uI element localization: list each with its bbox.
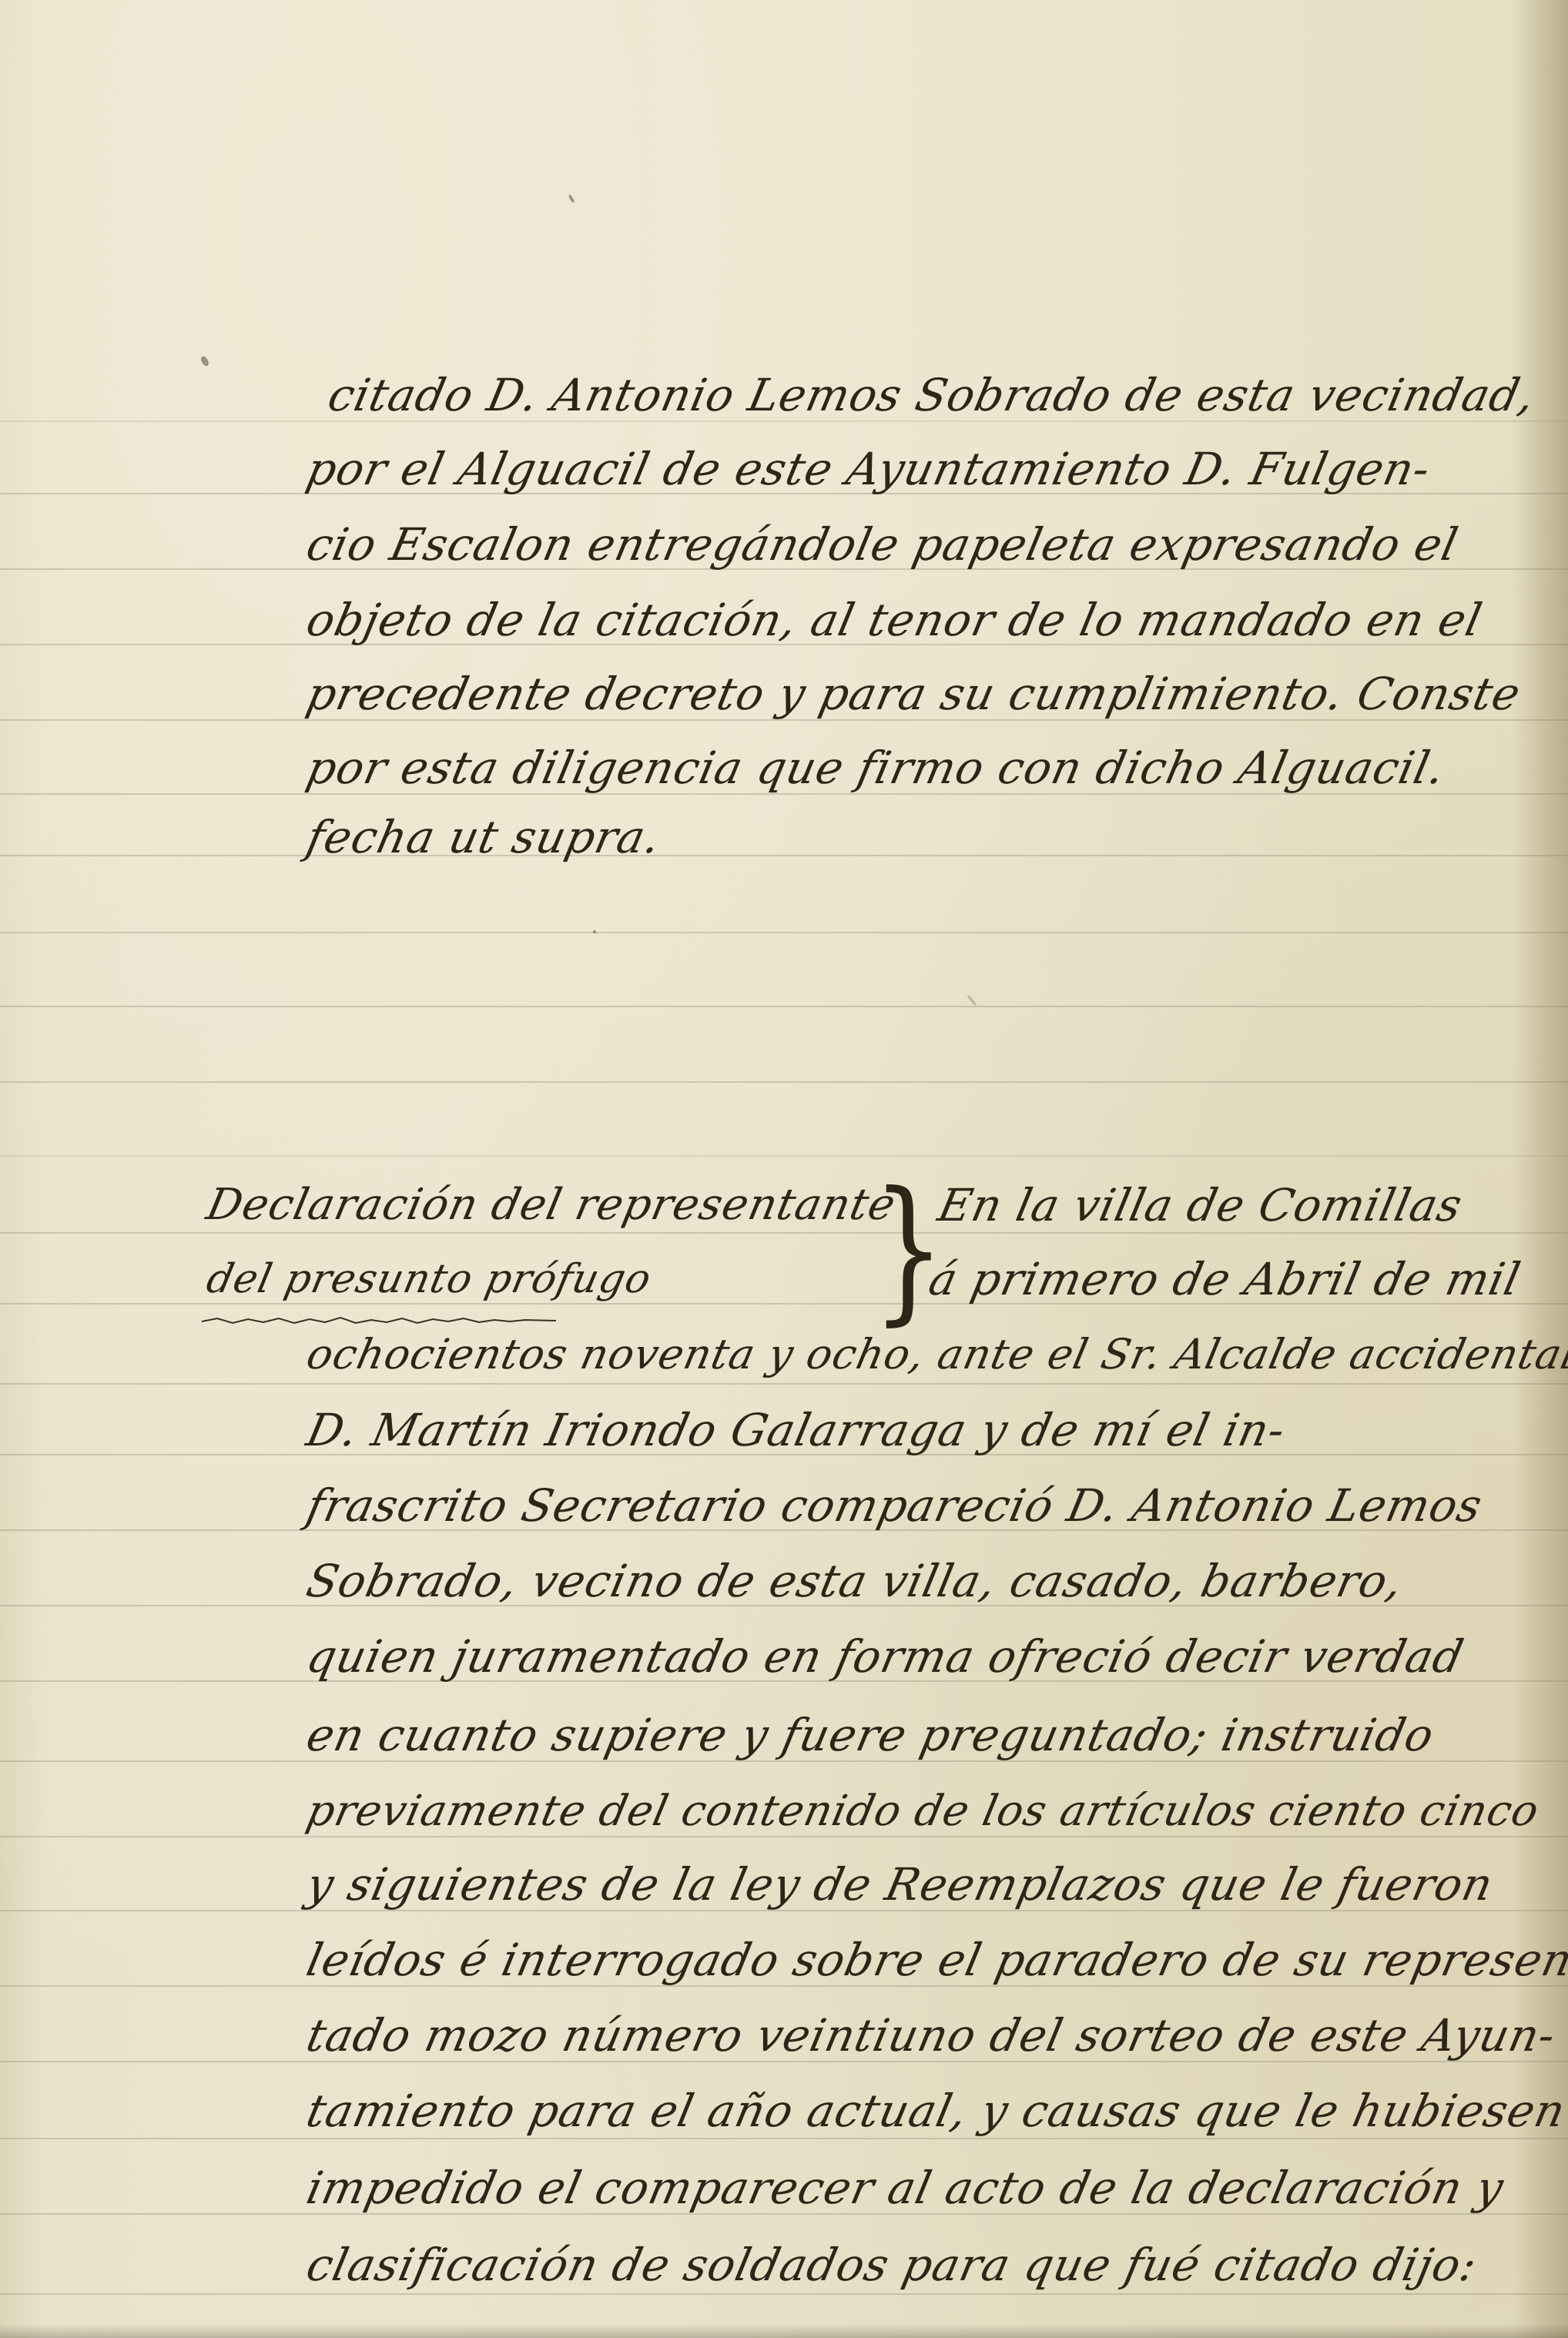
paper-stain — [199, 355, 210, 367]
text-line: por esta diligencia que firmo con dicho … — [302, 741, 1450, 795]
text-line: citado D. Antonio Lemos Sobrado de esta … — [323, 368, 1540, 422]
paper-stain — [593, 930, 596, 933]
text-line: ochocientos noventa y ocho, ante el Sr. … — [302, 1328, 1568, 1382]
paper-stain — [967, 994, 978, 1007]
text-line: cio Escalon entregándole papeleta expres… — [302, 518, 1463, 571]
text-line: en cuanto supiere y fuere preguntado; in… — [302, 1708, 1439, 1762]
ruled-line — [0, 1383, 1568, 1385]
text-line: tamiento para el año actual, y causas qu… — [302, 2084, 1568, 2138]
text-line: á primero de Abril de mil — [924, 1252, 1526, 1306]
wavy-underline — [202, 1315, 556, 1326]
text-line: y siguientes de la ley de Reemplazos que… — [302, 1857, 1498, 1911]
ruled-line — [0, 1232, 1568, 1234]
ruled-line — [0, 932, 1568, 933]
ruled-line — [0, 1081, 1568, 1083]
binding-shadow — [1514, 0, 1568, 2338]
torn-edge — [0, 2324, 1568, 2338]
text-line: Sobrado, vecino de esta villa, casado, b… — [302, 1554, 1408, 1608]
text-line: frascrito Secretario compareció D. Anton… — [302, 1479, 1487, 1532]
heading-line: del presunto prófugo — [202, 1252, 656, 1306]
text-line: quien juramentado en forma ofreció decir… — [302, 1630, 1469, 1683]
ruled-line — [0, 1155, 1568, 1157]
text-line: precedente decreto y para su cumplimient… — [302, 667, 1526, 721]
ruled-line — [0, 855, 1568, 856]
text-line: fecha ut supra. — [302, 810, 666, 864]
text-line: objeto de la citación, al tenor de lo ma… — [302, 593, 1487, 647]
text-line: tado mozo número veintiuno del sorteo de… — [302, 2008, 1561, 2062]
ruled-line — [0, 2293, 1568, 2295]
text-line: previamente del contenido de los artícul… — [302, 1784, 1544, 1837]
paper-stain — [568, 194, 575, 203]
text-line: impedido el comparecer al acto de la dec… — [302, 2161, 1509, 2215]
heading-line: Declaración del representante — [202, 1178, 901, 1232]
text-line: leídos é interrogado sobre el paradero d… — [302, 1933, 1568, 1987]
manuscript-page: citado D. Antonio Lemos Sobrado de esta … — [0, 0, 1568, 2338]
ruled-line — [0, 1006, 1568, 1007]
text-line: D. Martín Iriondo Galarraga y de mí el i… — [302, 1403, 1291, 1457]
ruled-line — [0, 2138, 1568, 2139]
text-line: En la villa de Comillas — [933, 1178, 1467, 1232]
text-line: clasificación de soldados para que fué c… — [302, 2238, 1483, 2292]
text-line: por el Alguacil de este Ayuntamiento D. … — [302, 442, 1436, 496]
